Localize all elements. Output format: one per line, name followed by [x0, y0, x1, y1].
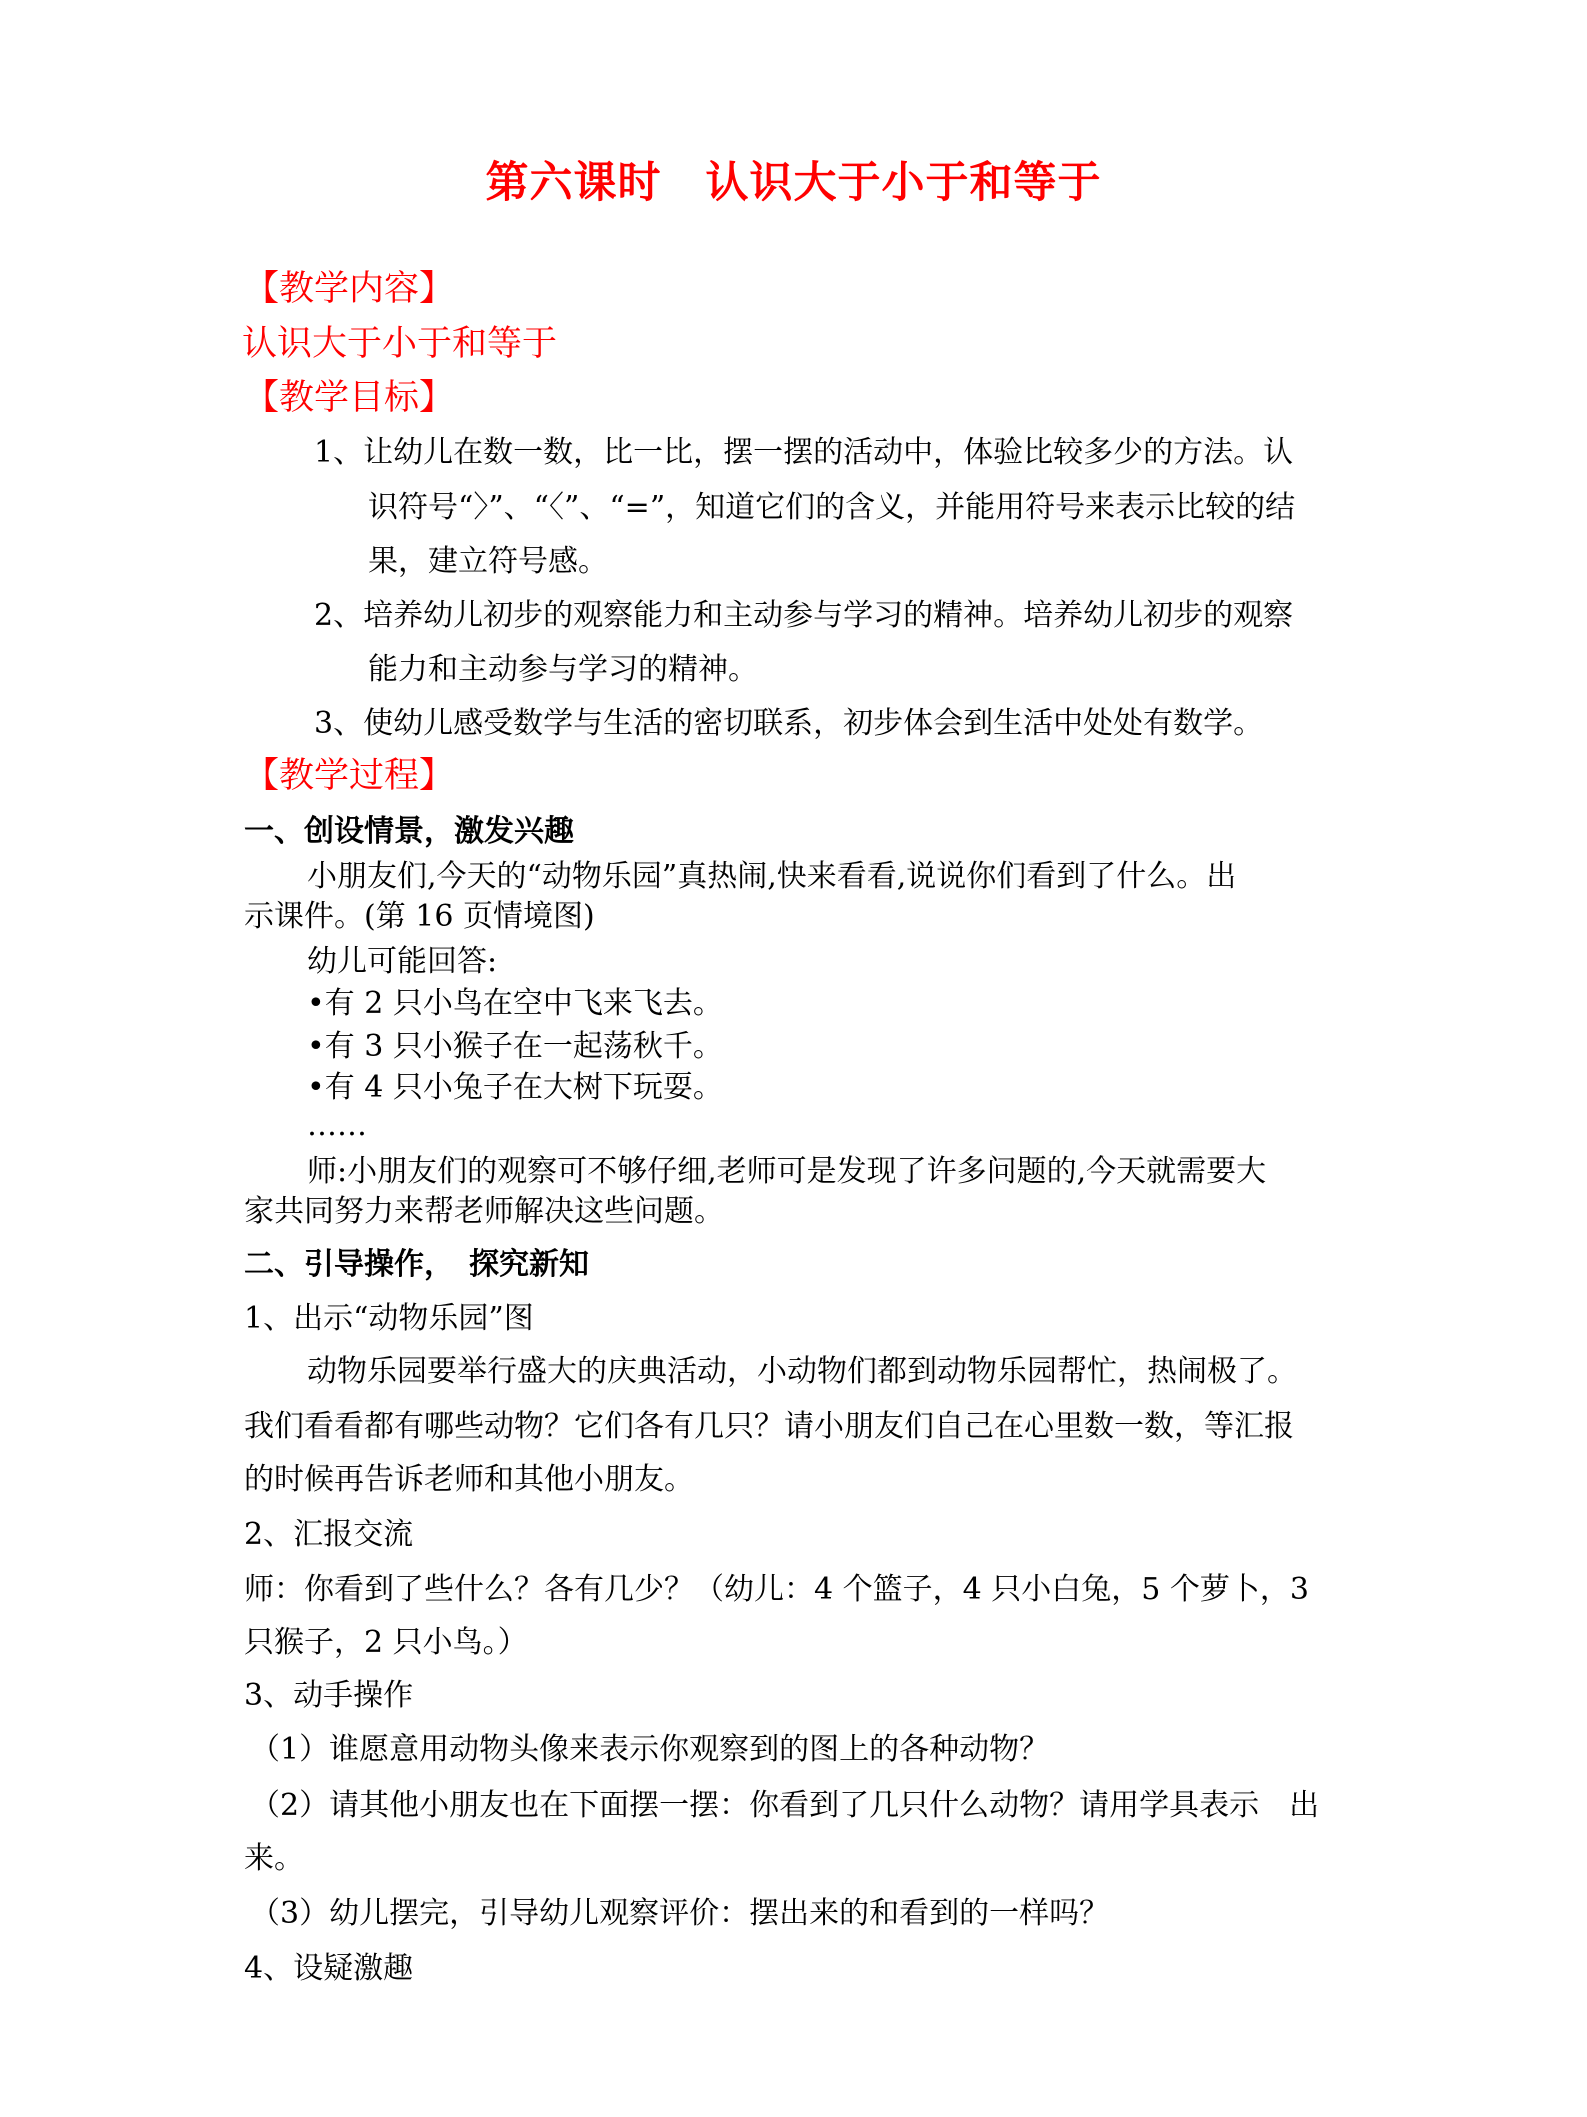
- step-2-line-1: 师：你看到了些什么？各有几少？（幼儿：4 个篮子，4 只小白兔，5 个萝卜，3: [244, 1575, 1309, 1605]
- section-heading-goals: 【教学目标】: [244, 381, 454, 416]
- answers-label: 幼儿可能回答:: [307, 947, 497, 977]
- content-text: 认识大于小于和等于: [242, 327, 557, 362]
- step-3-item-1: （1）谁愿意用动物头像来表示你观察到的图上的各种动物？: [250, 1735, 1049, 1765]
- teacher-line-2: 家共同努力来帮老师解决这些问题。: [244, 1197, 724, 1227]
- step-3-item-2-line-1: （2）请其他小朋友也在下面摆一摆：你看到了几只什么动物？请用学具表示 出: [250, 1791, 1319, 1821]
- goal-1-line-2: 识符号“〉”、“〈”、“=”，知道它们的含义，并能用符号来表示比较的结: [368, 493, 1295, 523]
- lesson-topic: 认识大于小于和等于: [706, 158, 1102, 208]
- goal-1-line-3: 果，建立符号感。: [368, 547, 608, 577]
- step-1-line-2: 我们看看都有哪些动物？它们各有几只？请小朋友们自己在心里数一数，等汇报: [244, 1412, 1294, 1442]
- step-2-line-2: 只猴子，2 只小鸟。）: [244, 1628, 528, 1658]
- step-3-item-2-line-2: 来。: [244, 1844, 304, 1874]
- teacher-line-1: 师:小朋友们的观察可不够仔细,老师可是发现了许多问题的,今天就需要大: [307, 1157, 1266, 1187]
- step-2-heading: 2、汇报交流: [244, 1520, 413, 1550]
- step-1-heading: 1、出示“动物乐园”图: [244, 1304, 534, 1334]
- step-1-line-1: 动物乐园要举行盛大的庆典活动，小动物们都到动物乐园帮忙，热闹极了。: [307, 1357, 1297, 1387]
- goal-3-line-1: 3、使幼儿感受数学与生活的密切联系，初步体会到生活中处处有数学。: [314, 709, 1263, 739]
- section-heading-process: 【教学过程】: [244, 759, 454, 794]
- answer-item: •有 4 只小兔子在大树下玩耍。: [307, 1073, 723, 1103]
- answers-ellipsis: ……: [307, 1111, 367, 1141]
- part-1-intro-line-2: 示课件。(第 16 页情境图): [244, 902, 595, 932]
- page-title: 第六课时认识大于小于和等于: [0, 162, 1587, 205]
- step-4-heading: 4、设疑激趣: [244, 1954, 413, 1984]
- part-2-heading: 二、引导操作， 探究新知: [244, 1250, 589, 1280]
- answer-item: •有 2 只小鸟在空中飞来飞去。: [307, 989, 723, 1019]
- lesson-number: 第六课时: [486, 158, 662, 208]
- step-1-line-3: 的时候再告诉老师和其他小朋友。: [244, 1465, 694, 1495]
- step-3-heading: 3、动手操作: [244, 1681, 413, 1711]
- part-1-heading: 一、创设情景，激发兴趣: [244, 817, 574, 847]
- part-1-intro-line-1: 小朋友们,今天的“动物乐园”真热闹,快来看看,说说你们看到了什么。出: [307, 862, 1236, 892]
- goal-2-line-2: 能力和主动参与学习的精神。: [368, 655, 758, 685]
- goal-2-line-1: 2、培养幼儿初步的观察能力和主动参与学习的精神。培养幼儿初步的观察: [314, 601, 1293, 631]
- goal-1-line-1: 1、让幼儿在数一数，比一比，摆一摆的活动中，体验比较多少的方法。认: [314, 438, 1293, 468]
- section-heading-content: 【教学内容】: [244, 272, 454, 307]
- step-3-item-3: （3）幼儿摆完，引导幼儿观察评价：摆出来的和看到的一样吗？: [250, 1899, 1109, 1929]
- answer-item: •有 3 只小猴子在一起荡秋千。: [307, 1032, 723, 1062]
